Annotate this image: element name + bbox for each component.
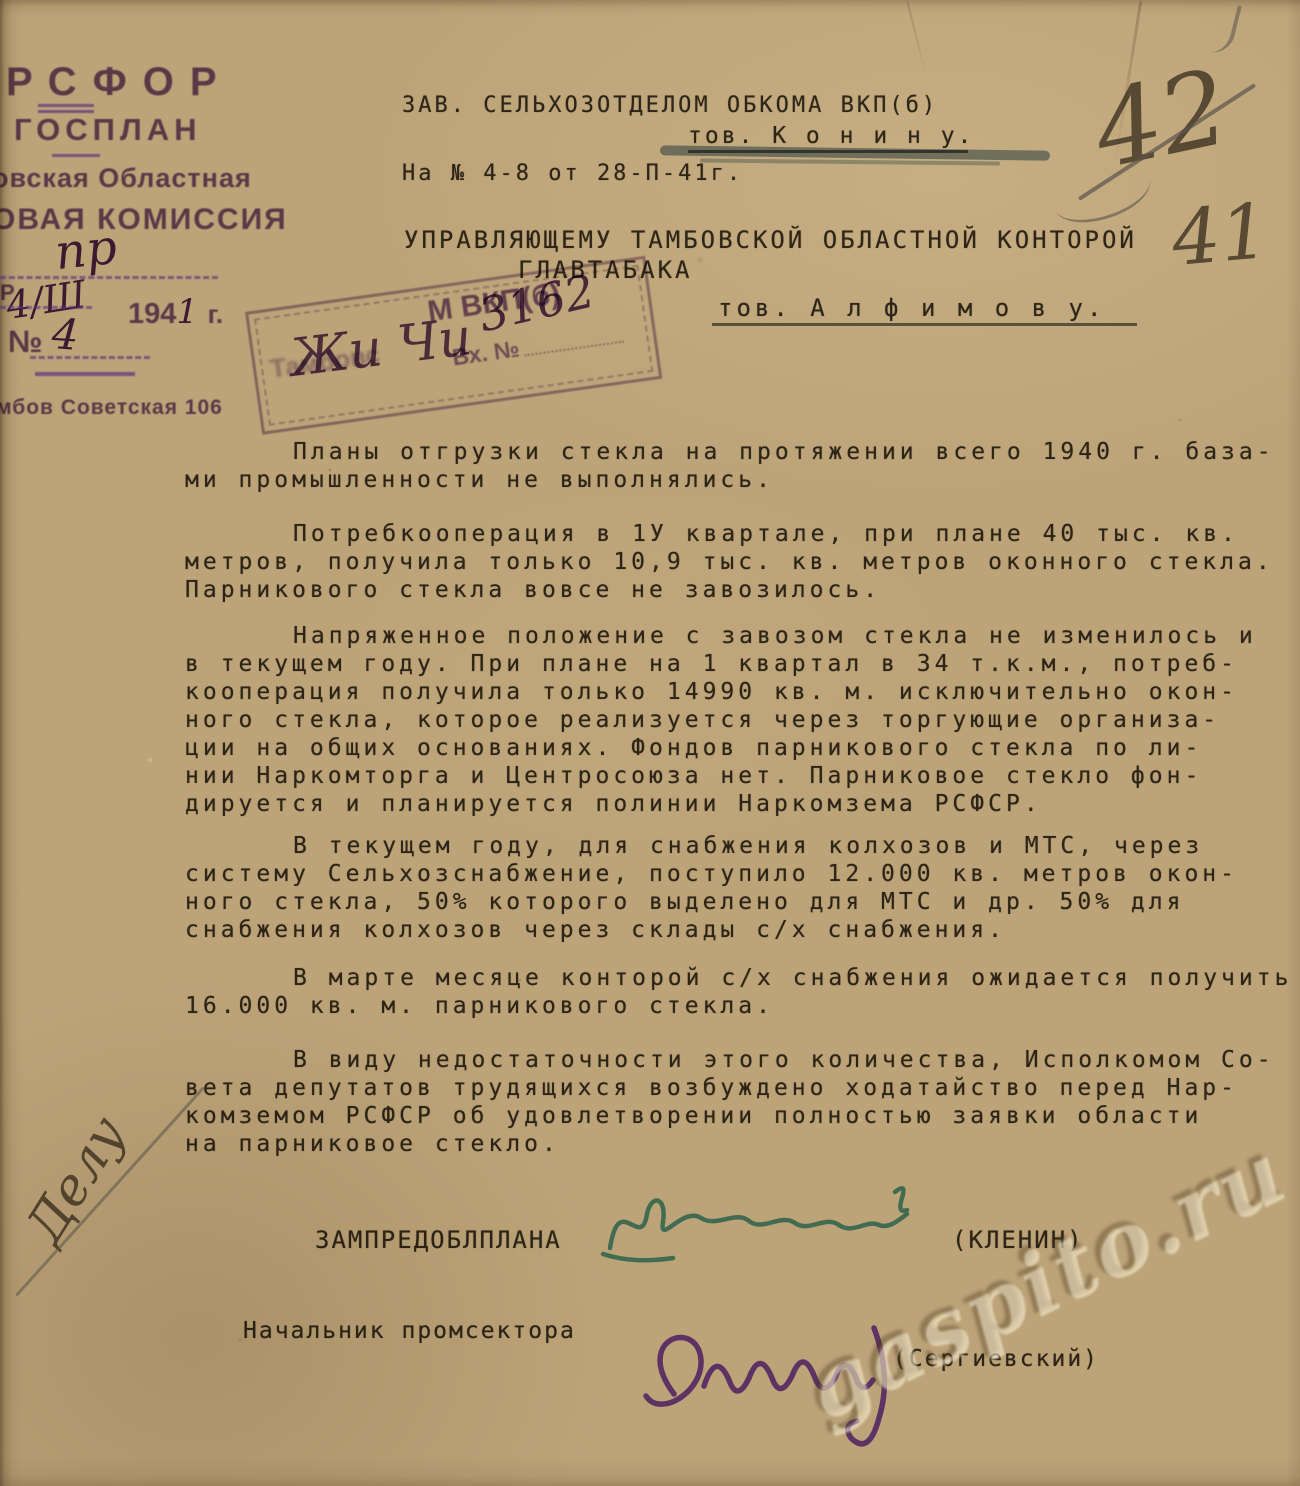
body-paragraph-3: Напряженное положение с завозом стекла н… — [185, 622, 1300, 818]
signature-2-title: Начальник промсектора — [243, 1318, 576, 1344]
letterhead-handwritten-pr: пр — [52, 219, 119, 281]
letterhead-number-handwritten: 4 — [50, 309, 80, 360]
body-paragraph-4: В текущем году, для снабжения колхозов и… — [185, 832, 1300, 944]
letterhead-divider — [52, 154, 100, 157]
letterhead-region-line: овская Областная — [0, 163, 252, 194]
recipient-1-name: тов. К о н и н у. — [688, 123, 974, 149]
letterhead-underline — [35, 372, 135, 376]
letterhead-dashed-line — [0, 276, 218, 279]
body-paragraph-2: Потребкооперация в 1У квартале, при план… — [185, 520, 1300, 604]
pencil-mark — [1200, 0, 1242, 57]
page-number: 41 — [1168, 186, 1272, 283]
letterhead-commission-line: ОВАЯ КОМИССИЯ — [0, 203, 288, 237]
letterhead-year-row: 1941 г. — [128, 292, 223, 332]
body-paragraph-1: Планы отгрузки стекла на протяжении всег… — [185, 438, 1300, 494]
recipient-2-name: тов. А л ф и м о в у. — [718, 294, 1105, 322]
letterhead-year-handwritten: 1 — [176, 292, 198, 332]
letterhead-year-suffix: г. — [208, 299, 223, 329]
typed-underline — [712, 323, 1137, 326]
paper-crease — [906, 1, 927, 79]
body-paragraph-6: В виду недостаточности этого количества,… — [185, 1046, 1300, 1158]
signature-1-title: ЗАМПРЕДОБЛПЛАНА — [315, 1226, 562, 1254]
letterhead-year-printed: 194 — [128, 298, 176, 330]
reference-line: На № 4-8 от 28-П-41г. — [402, 161, 743, 186]
letterhead-address: мбов Советская 106 — [0, 396, 223, 420]
body-paragraph-5: В марте месяце конторой с/х снабжения ож… — [185, 964, 1300, 1020]
letterhead-number-label: № — [8, 324, 43, 360]
document-page: РСФОР ГОСПЛАН овская Областная ОВАЯ КОМИ… — [0, 0, 1300, 1486]
letterhead-gosplan: ГОСПЛАН — [14, 112, 201, 148]
signature-klenin-ink — [595, 1176, 935, 1286]
recipient-2-title: УПРАВЛЯЮЩЕМУ ТАМБОВСКОЙ ОБЛАСТНОЙ КОНТОР… — [404, 226, 1137, 254]
letterhead-dashed-line — [0, 306, 92, 309]
letterhead-org-abbrev: РСФОР — [6, 60, 233, 105]
blue-pencil-underline — [700, 158, 1000, 165]
letterhead-dashed-line — [30, 356, 150, 359]
recipient-1-title: ЗАВ. СЕЛЬХОЗОТДЕЛОМ ОБКОМА ВКП(б) — [402, 93, 938, 118]
